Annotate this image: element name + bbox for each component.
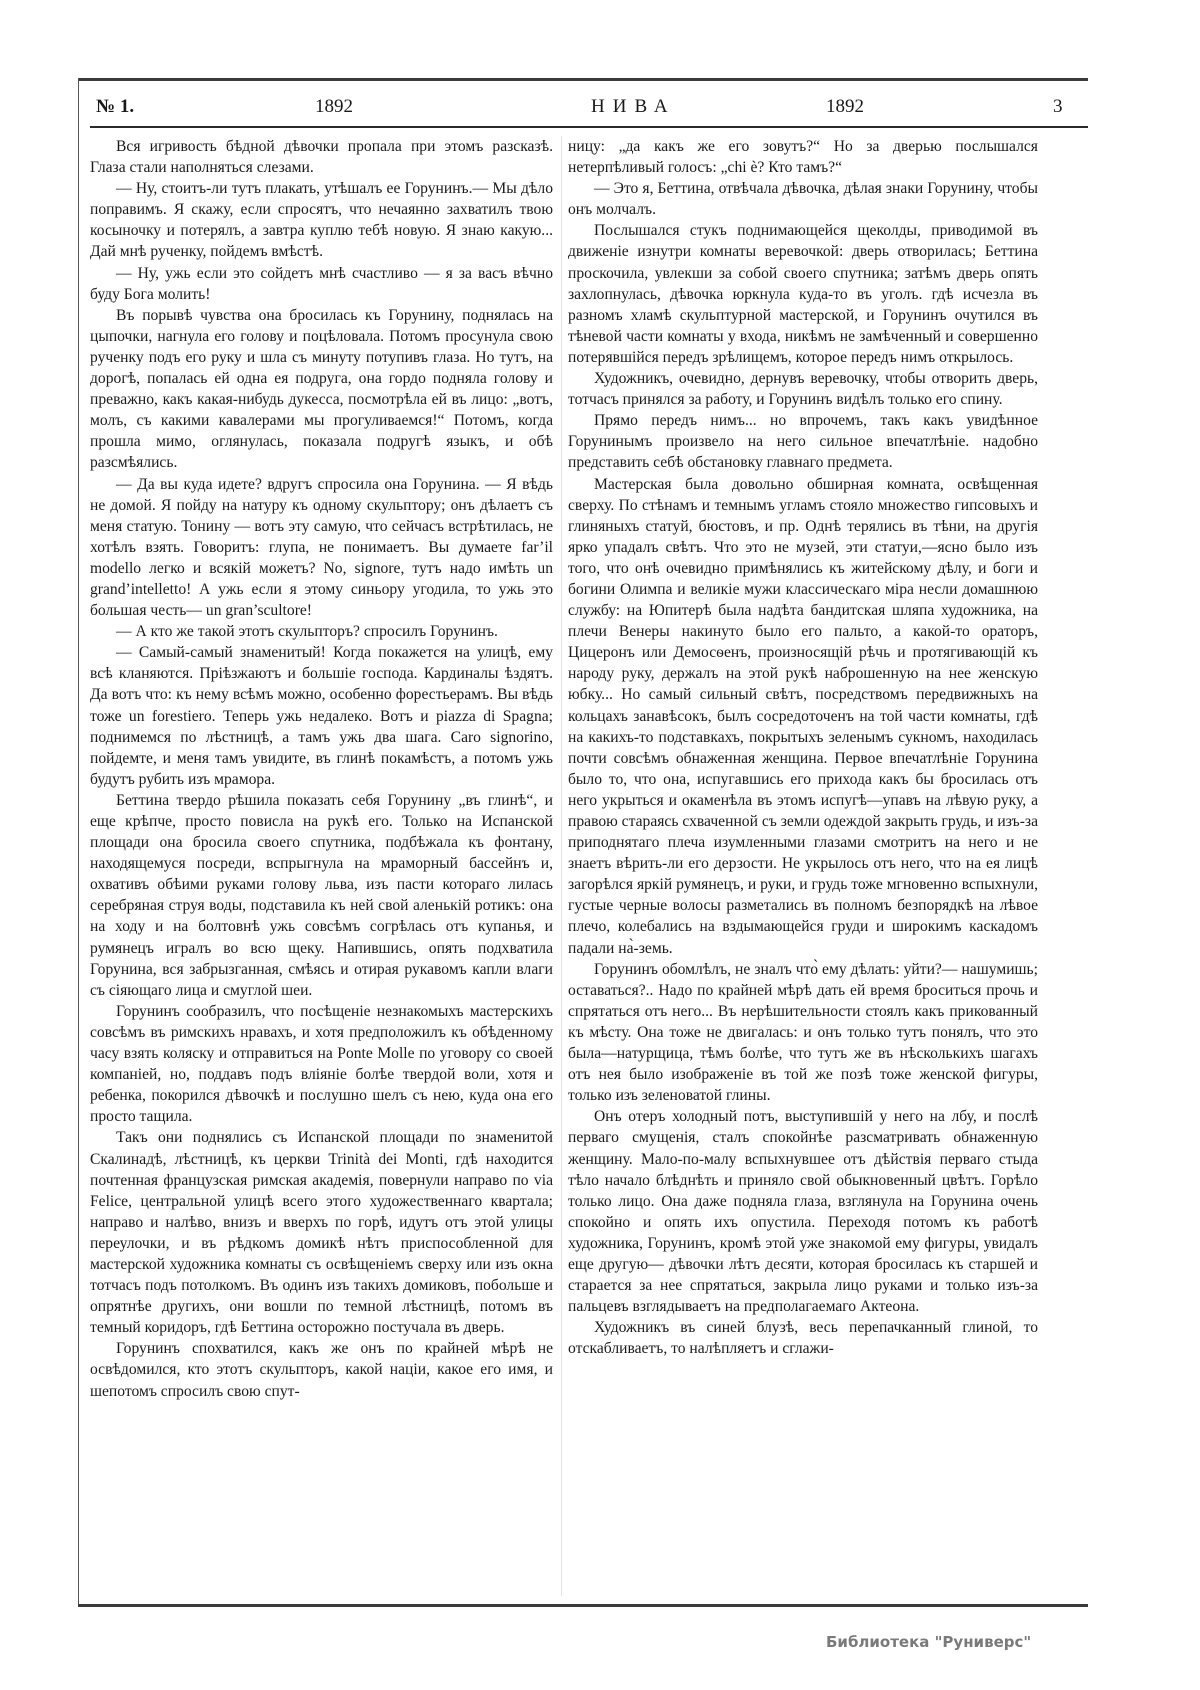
paragraph: Вся игривость бѣдной дѣвочки пропала при… xyxy=(90,136,553,178)
paragraph: — Ну, ужь если это сойдетъ мнѣ счастливо… xyxy=(90,263,553,305)
paragraph: Такъ они поднялись съ Испанской площади … xyxy=(90,1127,553,1338)
paragraph: — Ну, стоитъ-ли тутъ плакать, утѣшалъ ее… xyxy=(90,178,553,262)
paragraph: Прямо передъ нимъ... но впрочемъ, такъ к… xyxy=(568,410,1038,473)
paragraph: — А кто же такой этотъ скульпторъ? спрос… xyxy=(90,621,553,642)
paragraph: Послышался стукъ поднимающейся щеколды, … xyxy=(568,220,1038,368)
issue-number: № 1. xyxy=(96,96,134,118)
paragraph: — Самый-самый знаменитый! Когда покажетс… xyxy=(90,642,553,790)
paragraph: Мастерская была довольно обширная комнат… xyxy=(568,474,1038,959)
paragraph: Онъ отеръ холодный потъ, выступившій у н… xyxy=(568,1106,1038,1317)
left-border xyxy=(78,78,79,1606)
paragraph: Художникъ въ синей блузѣ, весь перепачка… xyxy=(568,1317,1038,1359)
paragraph: Горунинъ сообразилъ, что посѣщеніе незна… xyxy=(90,1001,553,1128)
paragraph: Горунинъ спохватился, какъ же онъ по кра… xyxy=(90,1338,553,1401)
paragraph: Въ порывѣ чувства она бросилась къ Горун… xyxy=(90,305,553,474)
paragraph: Беттина твердо рѣшила показать себя Гору… xyxy=(90,790,553,1001)
year-left: 1892 xyxy=(315,96,353,118)
left-column: Вся игривость бѣдной дѣвочки пропала при… xyxy=(90,136,553,1402)
paragraph: Горунинъ обомлѣлъ, не зналъ что̀ ему дѣл… xyxy=(568,959,1038,1107)
page-header: № 1. 1892 НИВА 1892 3 xyxy=(78,88,1088,128)
library-watermark: Библиотека "Руниверс" xyxy=(826,1633,1031,1651)
paragraph: — Да вы куда идете? вдругъ спросила она … xyxy=(90,474,553,622)
paragraph: ницу: „да какъ же его зовутъ?“ Но за две… xyxy=(568,136,1038,178)
publication-title: НИВА xyxy=(591,96,676,118)
year-right: 1892 xyxy=(826,96,864,118)
top-rule xyxy=(78,78,1088,81)
column-divider xyxy=(561,136,562,1596)
paragraph: — Это я, Беттина, отвѣчала дѣвочка, дѣла… xyxy=(568,178,1038,220)
paragraph: Художникъ, очевидно, дернувъ веревочку, … xyxy=(568,368,1038,410)
bottom-rule xyxy=(78,1604,1088,1607)
header-rule xyxy=(90,126,1088,128)
page-number: 3 xyxy=(1053,96,1063,118)
newspaper-page: № 1. 1892 НИВА 1892 3 Вся игривость бѣдн… xyxy=(78,78,1078,1606)
right-column: ницу: „да какъ же его зовутъ?“ Но за две… xyxy=(568,136,1038,1359)
